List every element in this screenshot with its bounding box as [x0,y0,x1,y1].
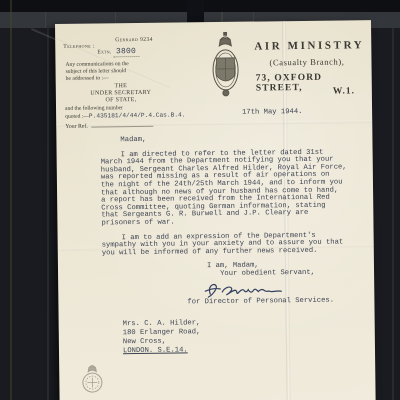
reference-quote-block: and the following number quoted :—P.4351… [65,104,225,121]
branch-name: (Casualty Branch), [269,56,344,67]
letter-body: Madam, I am directed to refer to the let… [100,134,365,356]
extension-line: Extn. 3800 [97,48,139,57]
ministry-name: AIR MINISTRY [254,39,364,52]
royal-coat-of-arms-icon [205,32,246,115]
background-right-line [392,28,394,400]
letter-date: 17th May 1944. [242,108,302,117]
extension-number: 3800 [113,47,139,57]
crowned-round-seal-icon [79,361,105,400]
recipient-line: LONDON. S.E.14. [123,344,365,356]
paragraph-2: I am to add an expression of the Departm… [102,232,364,258]
under-secretary-block: THE UNDER SECRETARY OF STATE, [61,82,181,104]
signature-icon [202,277,364,299]
body-line: prisoners of war. [101,217,363,228]
photograph-of-letter: Gerrard 9234 Telephone : Extn. 3800 Any … [0,0,400,400]
background-left-line [10,0,12,400]
telephone-block: Gerrard 9234 Telephone : Extn. 3800 Any … [60,36,190,38]
recipient-address: Mrs. C. A. Hilder, 180 Erlanger Road, Ne… [123,317,365,356]
your-ref-line: Your Ref. [65,121,153,130]
your-ref-label: Your Ref. [65,124,88,130]
quote-label: quoted :— [65,114,89,120]
salutation: Madam, [120,134,362,145]
extension-label: Extn. [97,49,111,55]
letter-paper: Gerrard 9234 Telephone : Extn. 3800 Any … [55,20,376,400]
background-left-line [47,26,49,400]
reference-number: P.435181/4/44/P.4.Cas.B.4. [89,111,186,119]
postal-district: W.1. [333,86,355,96]
reference-line: quoted :—P.435181/4/44/P.4.Cas.B.4. [65,111,225,121]
paragraph-1: I am directed to refer to the letter dat… [101,149,364,228]
communications-note: Any communications on the subject of thi… [65,60,185,82]
background-line [45,12,46,28]
body-line: you will be informed of any further news… [102,247,364,258]
note-line: be addressed to :— [66,74,186,82]
addressee-line: OF STATE, [61,96,181,104]
signatory-title: for Director of Personal Services. [187,297,364,307]
your-ref-rule [91,121,153,128]
telephone-label: Telephone : [63,44,95,51]
telephone-exchange: Gerrard 9234 [115,37,153,44]
